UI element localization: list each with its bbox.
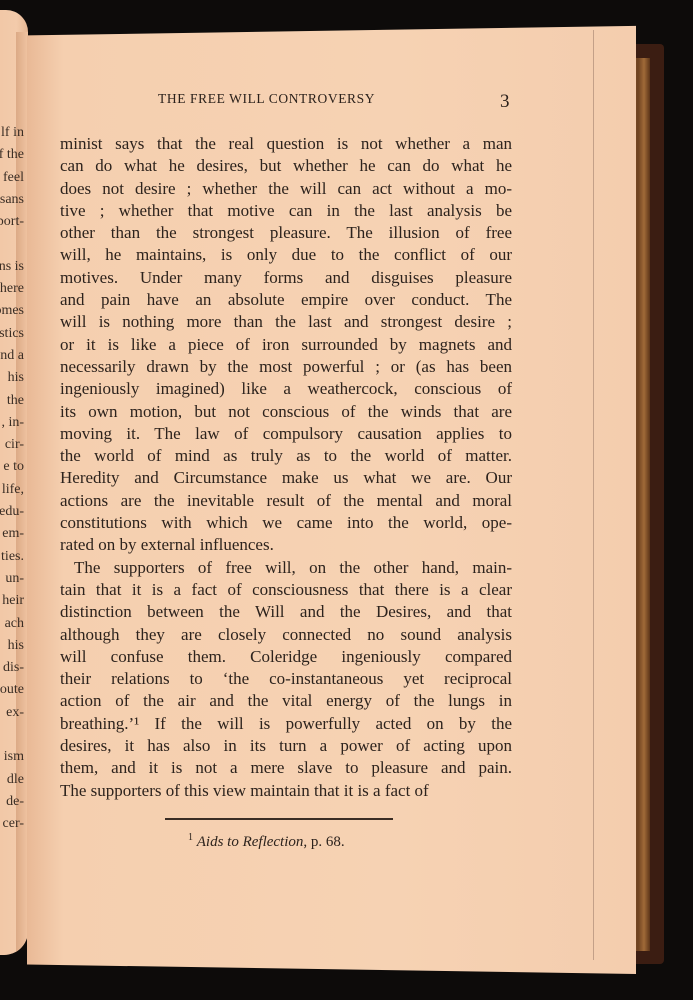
footnote-title: Aids to Reflection — [197, 834, 304, 850]
text-line: actions are the inevitable result of the… — [60, 490, 512, 512]
left-page-line-fragment: port- — [0, 211, 24, 233]
left-page-line-fragment — [0, 724, 24, 746]
text-line: The supporters of free will, on the othe… — [60, 557, 512, 579]
footnote: 1 Aids to Reflection, p. 68. — [188, 832, 345, 851]
left-page-line-fragment: edu- — [0, 501, 24, 523]
text-line: action of the air and the vital energy o… — [60, 690, 512, 712]
text-line: its own motion, but not conscious of the… — [60, 401, 512, 423]
left-page-line-fragment — [0, 233, 24, 255]
text-line: will confuse them. Coleridge ingeniously… — [60, 646, 512, 668]
left-page-line-fragment: the — [0, 390, 24, 412]
facing-left-page: lf inf thefeelsansport-ns ishereomesstic… — [0, 10, 28, 955]
text-line: and pain have an absolute empire over co… — [60, 289, 512, 311]
text-line: does not desire ; whether the will can a… — [60, 178, 512, 200]
left-page-line-fragment: ties. — [0, 546, 24, 568]
text-line: will, he maintains, is only due to the c… — [60, 244, 512, 266]
footnote-reference: , p. 68. — [303, 834, 344, 850]
page-number: 3 — [500, 91, 510, 113]
text-line: the world of mind as truly as to the wor… — [60, 445, 512, 467]
left-page-line-fragment: his — [0, 367, 24, 389]
text-line: necessarily drawn by the most powerful ;… — [60, 356, 512, 378]
text-line: minist says that the real question is no… — [60, 133, 512, 155]
left-page-line-fragment: stics — [0, 323, 24, 345]
left-page-line-fragment: ns is — [0, 256, 24, 278]
footnote-marker: 1 — [188, 832, 193, 843]
left-page-line-fragment: dle — [0, 769, 24, 791]
left-page-line-fragment: lf in — [0, 122, 24, 144]
left-page-line-fragment: oute — [0, 679, 24, 701]
text-line: can do what he desires, but whether he c… — [60, 155, 512, 177]
text-line: other than the strongest pleasure. The i… — [60, 222, 512, 244]
text-line: moving it. The law of compulsory causati… — [60, 423, 512, 445]
text-line: Heredity and Circumstance make us what w… — [60, 467, 512, 489]
running-head: THE FREE WILL CONTROVERSY — [158, 91, 375, 107]
left-page-line-fragment: cer- — [0, 813, 24, 835]
left-page-line-fragment: omes — [0, 300, 24, 322]
left-page-line-fragment: sans — [0, 189, 24, 211]
text-line: The supporters of this view maintain tha… — [60, 780, 512, 802]
text-line: tive ; whether that motive can in the la… — [60, 200, 512, 222]
text-line: their relations to ‘the co-instantaneous… — [60, 668, 512, 690]
left-page-line-fragment: dis- — [0, 657, 24, 679]
text-line: will is nothing more than the last and s… — [60, 311, 512, 333]
left-page-line-fragment: de- — [0, 791, 24, 813]
left-page-line-fragment: life, — [0, 479, 24, 501]
left-page-line-fragment: ism — [0, 746, 24, 768]
text-line: distinction between the Will and the Des… — [60, 601, 512, 623]
left-page-line-fragment: cir- — [0, 434, 24, 456]
left-page-text: lf inf thefeelsansport-ns ishereomesstic… — [0, 122, 24, 836]
left-page-line-fragment: heir — [0, 590, 24, 612]
footnote-rule — [165, 818, 393, 820]
text-line: or it is like a piece of iron surrounded… — [60, 334, 512, 356]
text-line: motives. Under many forms and disguises … — [60, 267, 512, 289]
text-line: constitutions with which we came into th… — [60, 512, 512, 534]
text-line: breathing.’¹ If the will is powerfully a… — [60, 713, 512, 735]
text-line: ingeniously imagined) like a weathercock… — [60, 378, 512, 400]
left-page-line-fragment: , in- — [0, 412, 24, 434]
left-page-line-fragment: f the — [0, 144, 24, 166]
text-line: them, and it is not a mere slave to plea… — [60, 757, 512, 779]
text-line: tain that it is a fact of consciousness … — [60, 579, 512, 601]
page-fold-line — [593, 30, 594, 960]
body-text: minist says that the real question is no… — [60, 133, 512, 802]
text-line: desires, it has also in its turn a power… — [60, 735, 512, 757]
left-page-line-fragment: here — [0, 278, 24, 300]
left-page-line-fragment: e to — [0, 456, 24, 478]
left-page-line-fragment: un- — [0, 568, 24, 590]
left-page-line-fragment: his — [0, 635, 24, 657]
left-page-line-fragment: em- — [0, 523, 24, 545]
left-page-line-fragment: ex- — [0, 702, 24, 724]
left-page-line-fragment: nd a — [0, 345, 24, 367]
left-page-line-fragment: feel — [0, 167, 24, 189]
left-page-line-fragment: ach — [0, 613, 24, 635]
text-line: although they are closely connected no s… — [60, 624, 512, 646]
text-line: rated on by external influences. — [60, 534, 512, 556]
